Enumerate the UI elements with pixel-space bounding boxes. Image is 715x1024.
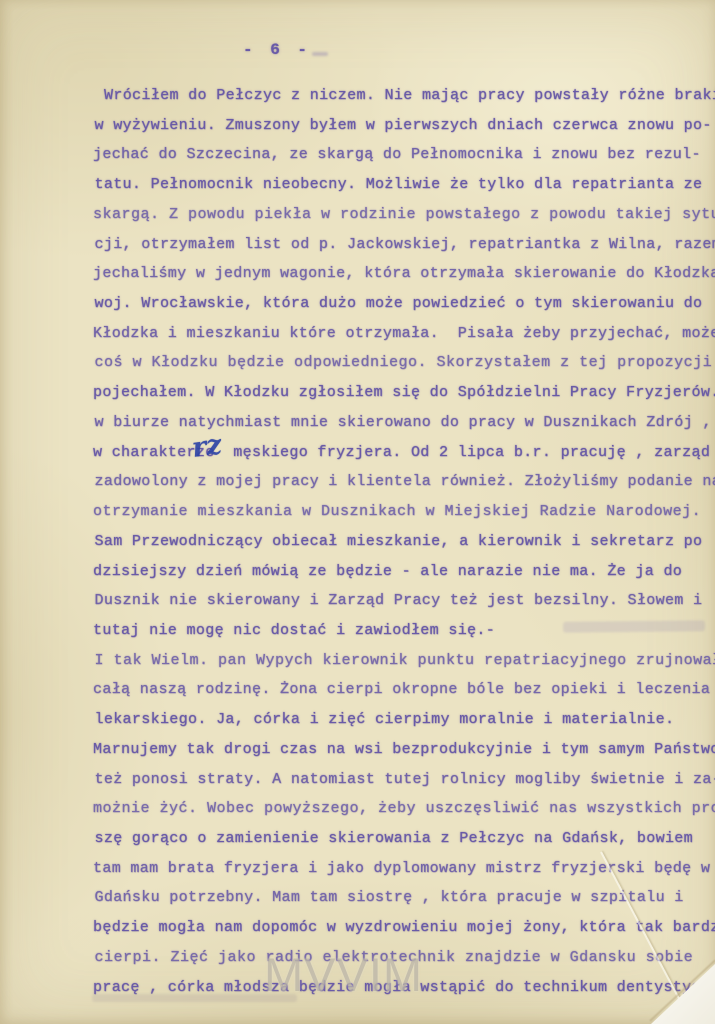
text-line: Kłodzka i mieszkaniu które otrzymała. Pi… bbox=[93, 319, 711, 349]
text-line: jechać do Szczecina, ze skargą do Pełnom… bbox=[93, 140, 711, 170]
ink-smudge bbox=[312, 52, 328, 56]
text-line: Sam Przewodniczący obiecał mieszkanie, a… bbox=[95, 527, 713, 557]
text-line: jechaliśmy w jednym wagonie, która otrzy… bbox=[93, 259, 711, 289]
text-line: Marnujemy tak drogi czas na wsi bezprodu… bbox=[93, 735, 711, 765]
text-line: pojechałem. W Kłodzku zgłosiłem się do S… bbox=[93, 378, 711, 408]
text-line: w wyżywieniu. Zmuszony byłem w pierwszyc… bbox=[95, 111, 713, 141]
text-line: całą naszą rodzinę. Żona cierpi okropne … bbox=[93, 675, 711, 705]
page-number: - 6 - bbox=[243, 41, 311, 59]
text-line: też ponosi straty. A natomiast tutej rol… bbox=[95, 765, 713, 795]
ink-smudge bbox=[563, 620, 705, 632]
text-line: w biurze natychmiast mnie skierowano do … bbox=[95, 408, 713, 438]
text-line: skargą. Z powodu piekła w rodzinie powst… bbox=[93, 200, 711, 230]
text-line: zadowolony z mojej pracy i klientela rów… bbox=[95, 467, 713, 497]
handwritten-correction: rz bbox=[190, 429, 224, 464]
text-line: w charakterze męskiego fryzjera. Od 2 li… bbox=[93, 438, 711, 468]
text-line: otrzymanie mieszkania w Dusznikach w Mie… bbox=[93, 497, 711, 527]
text-line: możnie żyć. Wobec powyższego, żeby uszcz… bbox=[93, 794, 711, 824]
text-line: Dusznik nie skierowany i Zarząd Pracy te… bbox=[95, 586, 713, 616]
text-line: szę gorąco o zamienienie skierowania z P… bbox=[95, 824, 713, 854]
text-line: lekarskiego. Ja, córka i zięć cierpimy m… bbox=[95, 705, 713, 735]
text-line: I tak Wielm. pan Wypych kierownik punktu… bbox=[95, 646, 713, 676]
text-line: cji, otrzymałem list od p. Jackowskiej, … bbox=[95, 230, 713, 260]
text-line: będzie mogła nam dopomóc w wyzdrowieniu … bbox=[93, 913, 711, 943]
typed-body: Wróciłem do Pełczyc z niczem. Nie mając … bbox=[93, 81, 711, 1002]
text-line: Wróciłem do Pełczyc z niczem. Nie mając … bbox=[104, 81, 711, 111]
text-line: dzisiejszy dzień mówią ze będzie - ale n… bbox=[93, 557, 711, 587]
scanned-letter-page: - 6 - Wróciłem do Pełczyc z niczem. Nie … bbox=[0, 0, 715, 1024]
text-line: woj. Wrocławskie, która dużo może powied… bbox=[95, 289, 713, 319]
text-line: tatu. Pełnomocnik nieobecny. Możliwie że… bbox=[95, 170, 713, 200]
text-line: coś w Kłodzku będzie odpowiedniego. Skor… bbox=[95, 348, 713, 378]
text-line: tam mam brata fryzjera i jako dyplomowan… bbox=[93, 854, 711, 884]
archive-watermark: MVVIM bbox=[264, 947, 423, 1002]
